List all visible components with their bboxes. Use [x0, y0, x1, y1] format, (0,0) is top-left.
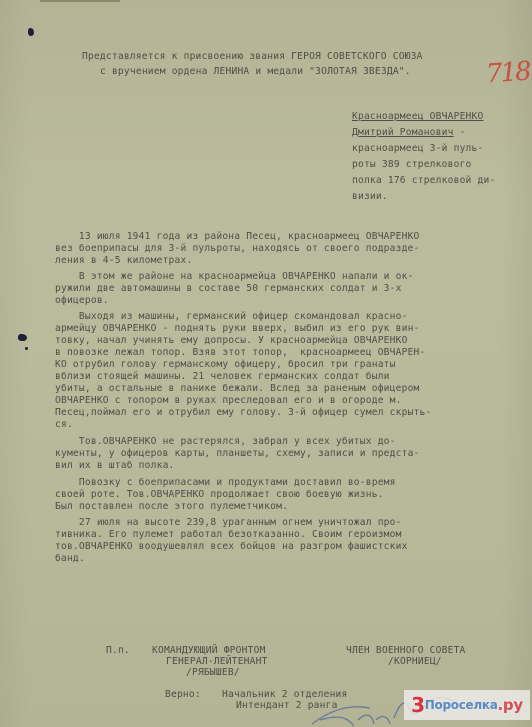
narrative-line: вил их в штаб полка. — [55, 460, 175, 472]
narrative-line: офицеров. — [55, 295, 109, 307]
narrative-line: Песец,поймал его и отрубил ему голову. 3… — [55, 407, 431, 419]
narrative-line: своей роте. Тов.ОВЧАРЕНКО продолжает сво… — [55, 489, 384, 501]
nominee-dash: - — [454, 127, 466, 138]
narrative-line: В этом же районе на красноармейца ОВЧАРЕ… — [55, 271, 414, 283]
narrative-line: Выходя из машины, германский офицер ском… — [55, 311, 408, 323]
narrative-line: Повозку с боеприпасами и продуктами дост… — [55, 477, 396, 489]
narrative-line: 27 июля на высоте 239,8 ураганным огнем … — [55, 517, 402, 529]
narrative-line: ления в 4-5 километрах. — [55, 255, 192, 267]
site-watermark: 3Пороселка.ру — [404, 690, 530, 720]
narrative-line: Был поставлен после этого пулеметчиком. — [55, 501, 288, 513]
archive-number: 718 — [485, 57, 531, 90]
narrative-line: в повозке лежал топор. Взяв этот топор, … — [55, 347, 426, 359]
narrative-line: ся. — [55, 419, 73, 431]
nominee-name-line-1: Красноармеец ОВЧАРЕНКО — [352, 111, 483, 123]
narrative-line: товку, начал учинять ему допросы. У крас… — [55, 335, 408, 347]
ink-blot — [28, 28, 34, 36]
ink-blot — [25, 347, 28, 350]
narrative-line: ОВЧАРЕНКО с топором в руках преследовал … — [55, 395, 402, 407]
narrative-line: 13 июля 1941 года из района Песец, красн… — [55, 231, 420, 243]
certification-label: Верно: — [165, 689, 201, 701]
narrative-line: вблизи стоящей машины. 21 человек герман… — [55, 371, 390, 383]
narrative-line: убиты, а остальные в панике бежали. Всле… — [55, 383, 420, 395]
heading-line-2: с вручением ордена ЛЕНИНА и медали "ЗОЛО… — [100, 66, 411, 78]
watermark-suffix: .ру — [498, 696, 523, 714]
narrative-line: банд. — [55, 553, 85, 565]
nominee-patronymic: Дмитрий Романович — [352, 127, 454, 138]
paper-edge — [40, 0, 120, 2]
narrative-line: кументы, у офицеров карты, планшеты, схе… — [55, 448, 420, 460]
narrative-line: тов.ОВЧАРЕНКО воодушевлял всех бойцов на… — [55, 541, 408, 553]
watermark-digit: 3 — [411, 693, 425, 717]
ink-blot — [18, 334, 27, 341]
heading-line-1: Представляется к присвоению звания ГЕРОЯ… — [82, 51, 423, 63]
narrative-line: КО отрубил голову германскому офицеру, б… — [55, 359, 396, 371]
pp-label: П.п. — [106, 645, 130, 657]
narrative-line: Тов.ОВЧАРЕНКО не растерялся, забрал у вс… — [55, 436, 396, 448]
nominee-name-line-2: Дмитрий Романович - — [352, 127, 466, 139]
nominee-detail: полка 176 стрелковой ди- — [352, 175, 495, 187]
narrative-line: тивника. Его пулемет работал безотказанн… — [55, 529, 402, 541]
left-signatory-name: /РЯБЫШЕВ/ — [186, 667, 240, 679]
narrative-line: ружили две автомашины в составе 50 герма… — [55, 283, 402, 295]
narrative-line: армейцу ОВЧАРЕНКО - поднять руки вверх, … — [55, 323, 420, 335]
narrative-line: вез боеприпасы для 3-й пульроты, находяс… — [55, 243, 420, 255]
nominee-detail: визии. — [352, 191, 388, 203]
watermark-text: Пороселка — [425, 698, 498, 712]
nominee-detail: роты 389 стрелкового — [352, 159, 472, 171]
right-signatory-name: /КОРНИЕЦ/ — [388, 656, 442, 668]
nominee-detail: красноармеец 3-й пуль- — [352, 143, 483, 155]
